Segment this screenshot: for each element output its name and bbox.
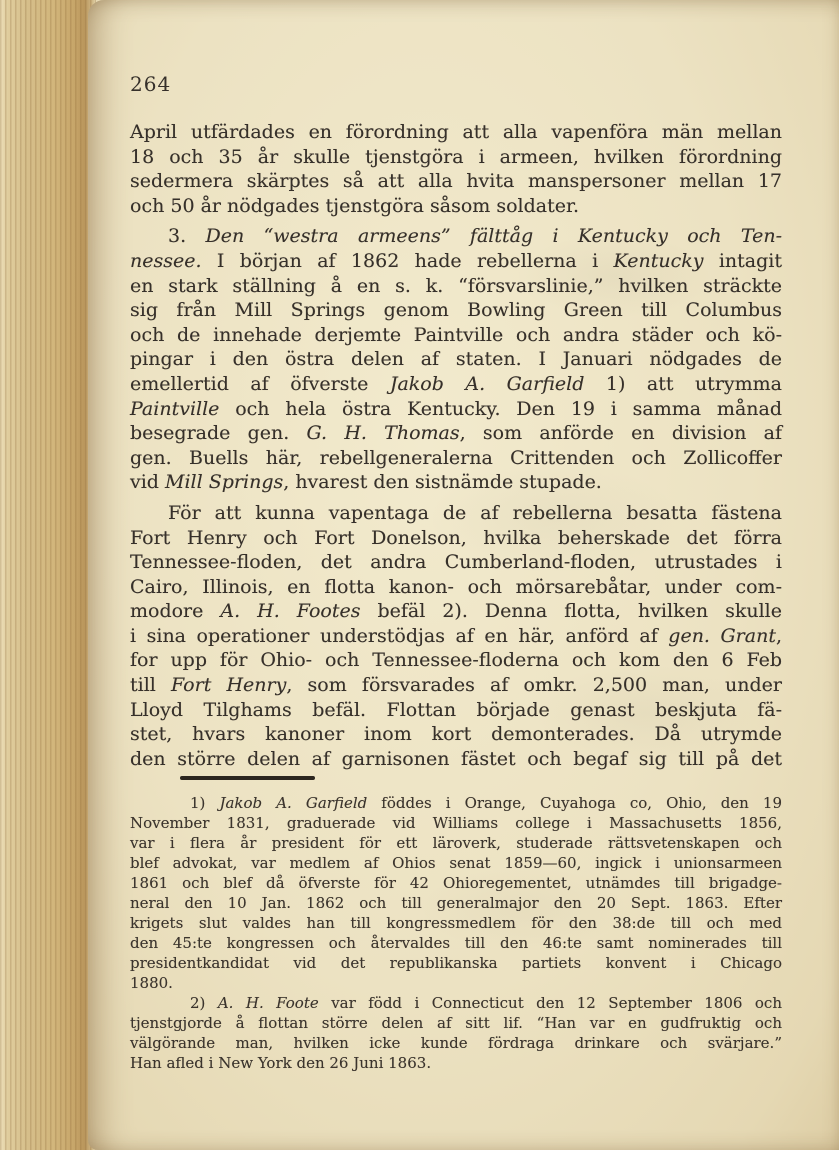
text-line: 1861 och blef då öfverste för 42 Ohioreg… [130,873,782,893]
footnotes: 1) Jakob A. Garfield föddes i Orange, Cu… [130,793,782,1073]
text-line: stet, hvars kanoner inom kort demonterad… [130,722,782,747]
text-line: blef advokat, var medlem af Ohios senat … [130,853,782,873]
text-line: den 45:te kongressen och återvaldes till… [130,933,782,953]
text-line: November 1831, graduerade vid Williams c… [130,813,782,833]
text-line: tjenstgjorde å flottan större delen af s… [130,1013,782,1033]
paragraph: 3. Den “westra armeens” fälttåg i Kentuc… [130,224,782,495]
text-line: nessee. I början af 1862 hade rebellerna… [130,249,782,274]
text-line: neral den 10 Jan. 1862 och till generalm… [130,893,782,913]
text-line: pingar i den östra delen af staten. I Ja… [130,347,782,372]
text-line: sig från Mill Springs genom Bowling Gree… [130,298,782,323]
text-line: 1) Jakob A. Garfield föddes i Orange, Cu… [130,793,782,813]
text-line: modore A. H. Footes befäl 2). Denna flot… [130,599,782,624]
text-line: 3. Den “westra armeens” fälttåg i Kentuc… [130,224,782,249]
text-line: och de innehade derjemte Paintville och … [130,323,782,348]
paragraph: April utfärdades en förordning att alla … [130,120,782,218]
text-line: en stark ställning å en s. k. “försvarsl… [130,274,782,299]
text-line: till Fort Henry, som försvarades af omkr… [130,673,782,698]
text-line: besegrade gen. G. H. Thomas, som anförde… [130,421,782,446]
text-line: den större delen af garnisonen fästet oc… [130,747,782,772]
text-line: Han afled i New York den 26 Juni 1863. [130,1053,782,1073]
text-line: välgörande man, hvilken icke kunde fördr… [130,1033,782,1053]
text-line: Cairo, Illinois, en flotta kanon- och mö… [130,575,782,600]
text-line: 2) A. H. Foote var född i Connecticut de… [130,993,782,1013]
text-line: 1880. [130,973,782,993]
book-edge-texture [0,0,96,1150]
text-line: for upp för Ohio- och Tennessee-floderna… [130,648,782,673]
text-line: i sina operationer understödjas af en hä… [130,624,782,649]
paragraph: För att kunna vapentaga de af rebellerna… [130,501,782,772]
text-line: April utfärdades en förordning att alla … [130,120,782,145]
text-line: Fort Henry och Fort Donelson, hvilka beh… [130,526,782,551]
body-text: April utfärdades en förordning att alla … [130,120,782,771]
text-line: presidentkandidat vid det republikanska … [130,953,782,973]
text-line: emellertid af öfverste Jakob A. Garfield… [130,372,782,397]
text-line: Paintville och hela östra Kentucky. Den … [130,397,782,422]
footnote: 1) Jakob A. Garfield föddes i Orange, Cu… [130,793,782,993]
text-column: 264 April utfärdades en förordning att a… [130,72,782,1073]
text-line: Lloyd Tilghams befäl. Flottan började ge… [130,698,782,723]
text-line: och 50 år nödgades tjenstgöra såsom sold… [130,194,782,219]
text-line: För att kunna vapentaga de af rebellerna… [130,501,782,526]
text-line: 18 och 35 år skulle tjenstgöra i armeen,… [130,145,782,170]
text-line: var i flera år president för ett lärover… [130,833,782,853]
footnote-separator-rule [180,776,315,780]
text-line: sedermera skärptes så att alla hvita man… [130,169,782,194]
text-line: krigets slut valdes han till kongressmed… [130,913,782,933]
text-line: Tennessee-floden, det andra Cumberland-f… [130,550,782,575]
text-line: vid Mill Springs, hvarest den sistnämde … [130,470,782,495]
book-page-scan: 264 April utfärdades en förordning att a… [0,0,839,1150]
footnote: 2) A. H. Foote var född i Connecticut de… [130,993,782,1073]
text-line: gen. Buells här, rebellgeneralerna Critt… [130,446,782,471]
page-number: 264 [130,72,782,97]
